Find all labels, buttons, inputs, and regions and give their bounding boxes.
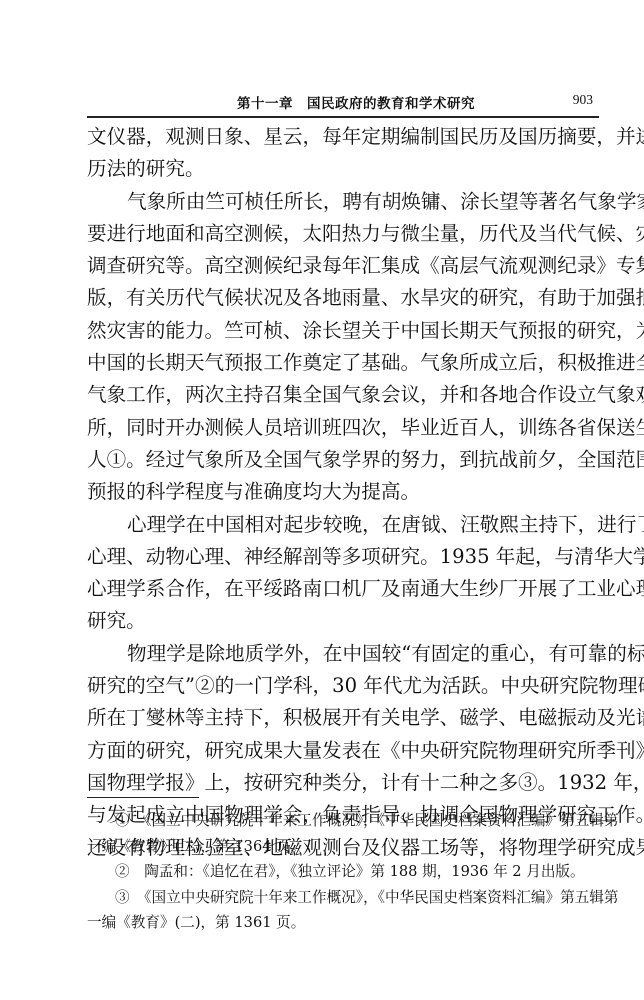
footnotes: ① 《国立中央研究院十年来工作概况》，《中华民国史档案资料汇编》第五辑第一编《教… bbox=[87, 808, 601, 936]
text-line: 方面的研究，研究成果大量发表在《中央研究院物理研究所季刊》及《中 bbox=[87, 735, 601, 767]
text-line: 气象所由竺可桢任所长，聘有胡焕镛、涂长望等著名气象学家，主 bbox=[87, 186, 601, 218]
text-line: 心理学在中国相对起步较晚，在唐钺、汪敬熙主持下，进行了普通 bbox=[87, 509, 601, 541]
text-line: 心理学系合作，在平绥路南口机厂及南通大生纱厂开展了工业心理 bbox=[87, 573, 601, 605]
text-line: 国物理学报》上，按研究种类分，计有十二种之多③。1932 年，该所参 bbox=[87, 767, 601, 799]
text-line: 心理、动物心理、神经解剖等多项研究。1935 年起，与清华大学理学院 bbox=[87, 541, 601, 573]
text-line: 研究。 bbox=[87, 605, 601, 637]
body-text: 文仪器，观测日象、星云，每年定期编制国民历及国历摘要，并进行改良历法的研究。气象… bbox=[87, 121, 601, 864]
footnote-line: ① 《国立中央研究院十年来工作概况》，《中华民国史档案资料汇编》第五辑第 bbox=[87, 808, 601, 834]
running-header: 第十一章 国民政府的教育和学术研究 903 bbox=[87, 88, 599, 118]
footnote-line: ② 陶孟和：《追忆在君》，《独立评论》第 188 期，1936 年 2 月出版。 bbox=[87, 859, 601, 885]
text-line: 预报的科学程度与准确度均大为提高。 bbox=[87, 476, 601, 508]
footnote-line: 一编《教育》(二)，第 1364 页。 bbox=[87, 834, 601, 860]
text-line: 版，有关历代气候状况及各地雨量、水旱灾的研究，有助于加强抵御自 bbox=[87, 282, 601, 314]
footnote-line: 一编《教育》(二)，第 1361 页。 bbox=[87, 910, 601, 936]
text-line: 研究的空气”②的一门学科，30 年代尤为活跃。中央研究院物理研究 bbox=[87, 670, 601, 702]
page-number: 903 bbox=[573, 92, 593, 108]
text-line: 文仪器，观测日象、星云，每年定期编制国民历及国历摘要，并进行改良 bbox=[87, 121, 601, 153]
chapter-title: 第十一章 国民政府的教育和学术研究 bbox=[237, 92, 475, 112]
text-line: 历法的研究。 bbox=[87, 153, 601, 185]
text-line: 调查研究等。高空测候纪录每年汇集成《高层气流观测纪录》专集出 bbox=[87, 250, 601, 282]
text-line: 所在丁燮林等主持下，积极展开有关电学、磁学、电磁振动及光谱学等 bbox=[87, 702, 601, 734]
text-line: 所，同时开办测候人员培训班四次，毕业近百人，训练各省保送生 50 bbox=[87, 412, 601, 444]
text-line: 中国的长期天气预报工作奠定了基础。气象所成立后，积极推进全国 bbox=[87, 347, 601, 379]
footnote-line: ③ 《国立中央研究院十年来工作概况》，《中华民国史档案资料汇编》第五辑第 bbox=[87, 885, 601, 911]
text-line: 气象工作，两次主持召集全国气象会议，并和各地合作设立气象观测 bbox=[87, 379, 601, 411]
text-line: 物理学是除地质学外，在中国较“有固定的重心，有可靠的标准，有 bbox=[87, 638, 601, 670]
text-line: 人①。经过气象所及全国气象学界的努力，到抗战前夕，全国范围天气 bbox=[87, 444, 601, 476]
text-line: 要进行地面和高空测候，太阳热力与微尘量，历代及当代气候、灾害的 bbox=[87, 218, 601, 250]
footnote-separator bbox=[87, 797, 199, 798]
text-line: 然灾害的能力。竺可桢、涂长望关于中国长期天气预报的研究，为后来 bbox=[87, 315, 601, 347]
